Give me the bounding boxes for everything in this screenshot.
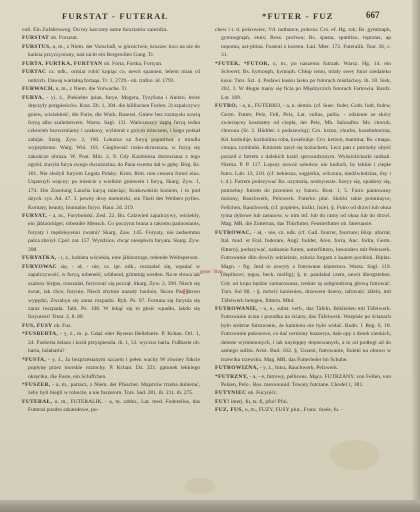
headword: FUS, FUSY [22,323,52,329]
dictionary-entry: FUTYNIEC ob. Fucynićc. [215,389,391,397]
dictionary-entry: FURYA, - yi, ż., Piekielne ipian, furye,… [22,94,200,212]
running-header-left: FURSTAT - FUTERAŁ [62,11,168,21]
headword: FUTYNIEC [215,390,246,396]
dictionary-entry: *FUSBERTA, - y, ż., m. p. Gdaż oder Ryse… [22,330,200,355]
definition: - i, ż., kobieta wściekła, eine jählzorn… [58,255,199,261]
margin-note: gęste / Bop. [200,270,224,275]
definition: - y, ż., futra, Rauchwerk, Pelzwerk. [260,365,338,371]
headword: FURTAC [22,69,46,75]
right-column: chew i t. d. pokrowiec; Vd. nuthance, po… [215,26,391,415]
headword: *FUTER, *FUTOR, [215,61,269,67]
dictionary-entry: chew i t. d. pokrowiec; Vd. nuthance, po… [215,26,391,60]
headword: FUZ, FUS, [215,407,243,413]
running-header-right: *FUTER - FUZ [262,11,334,21]
dictionary-entry: FUTROWANIE, - u, n., subst. verb., das T… [215,305,391,364]
headword: FUTERAŁ, [22,399,52,405]
dictionary-entry: *FUTRZNY, - a, - e, futrowy, pelliceus. … [215,373,391,390]
definition: u, m., z Niem. der Vorschuß, w górnictwi… [28,44,200,58]
dictionary-entry: FUY! interj. fu, ts. fi, pfui! Pfui. [215,398,391,406]
dictionary-entry: FURTA, FURTKA, FURTYAN ob. Fórta, Fortka… [22,60,200,68]
headword: FUTROWANIE, [215,306,258,312]
headword: *FUSZER, [22,382,50,388]
definition: ob. Fuz. [54,323,72,329]
definition: - a, m., Furyboński. Zesl. 22, Bu. Calzw… [28,213,200,253]
page-bottom-edge [0,500,420,512]
dictionary-entry: FURSTUS, u, m., z Niem. der Vorschuß, w … [22,43,200,60]
dictionary-entry: *FUTER, *FUTOR, u, m., po naszemu futrza… [215,60,391,102]
definition: cz. ndk., ormiar robić kopiąc co, newit … [28,69,200,83]
definition: u, m., z Niem. die Vorwache. Tr. [56,86,128,92]
definition: - a, m., partacz, z Niem. der Pfuscher. … [28,382,200,396]
definition: ob. Forsztat. [51,35,79,41]
dictionary-entry: coll. Ein Zufahrtsweg. Do tey karczmy sa… [22,26,200,34]
headword: FURSTUS, [22,44,51,50]
definition: u, m., FUTERALIK, - a, m. zdrbn., Lat. m… [28,399,200,413]
dictionary-page: FURSTAT - FUTERAŁ *FUTER - FUZ 667 coll.… [0,0,418,500]
definition: - u, n., subst. verb., das Täfeln, Bekle… [221,306,391,363]
definition: interj. fu, ts. fi, pfui! Pfui. [231,399,288,405]
definition: się, - ał, - uie, cz. ipr. ndk., rozszal… [28,264,200,321]
dictionary-entry: FURYOWAC się, - ał, - uie, cz. ipr. ndk.… [22,263,200,322]
dictionary-entry: FUTROWIZNA, - y, ż., futra, Rauchwerk, P… [215,364,391,372]
dictionary-entry: *FUSTA, - y, ż., Ja bezprzestanym szczem… [22,356,200,381]
headword: FURYATKA, [22,255,56,261]
dictionary-entry: FUS, FUSY ob. Fuz. [22,322,200,330]
dictionary-entry: FURWACH, u, m., z Niem. die Vorwache. Tr… [22,85,200,93]
definition: - ał, - nie, cz. ndk. (cf. Gall. fourrer… [221,230,391,304]
dictionary-entry: FURYAT, - a, m., Furyboński. Zesl. 22, B… [22,212,200,254]
dictionary-entry: *FUSZER, - a, m., partacz, z Niem. der P… [22,381,200,398]
headword: FURWACH, [22,86,54,92]
dictionary-entry: FUZ, FUS, u, m., FUZY, FUSY plur., Franc… [215,406,391,414]
headword: *FUSBERTA, [22,331,58,337]
headword: FURTA, FURTKA, FURTYAN [22,61,102,67]
definition: ob. Fórta, Fortka, Fortyan. [104,61,163,67]
headword: *FUTRZNY, [215,374,248,380]
headword: FURYOWAC [22,264,57,270]
margin-note: H [183,288,188,296]
left-column: coll. Ein Zufahrtsweg. Do tey karczmy sa… [22,26,200,415]
definition: - a, n., FUTERKO, - a, n. demin. (cf. Su… [221,103,391,227]
page-edge-shadow [412,0,420,512]
definition: u, m., FUZY, FUSY plur., Franc. fusée, f… [245,407,343,413]
page-number: 667 [366,10,380,20]
definition: - y, ż., Ja bezprzestanym szczem i pełen… [28,357,200,380]
headword: FUTRO, [215,103,238,109]
headword: FUY! [215,399,229,405]
dictionary-entry: FURSTAT ob. Forsztat. [22,34,200,42]
dictionary-entry: FUTROWAC, - ał, - nie, cz. ndk. (cf. Gal… [215,229,391,305]
dictionary-entry: FURTAC cz. ndk., ormiar robić kopiąc co,… [22,68,200,85]
definition: - yi, ż., Piekielne ipian, furye, Megera… [28,95,200,211]
headword: FUTROWAC, [215,230,251,236]
paper-stain [330,440,380,470]
dictionary-entry: FURYATKA, - i, ż., kobieta wściekła, ein… [22,254,200,262]
headword: FURSTAT [22,35,49,41]
definition: coll. Ein Zufahrtsweg. Do tey karczmy sa… [22,27,168,33]
paper-stain [185,478,215,494]
dictionary-entry: FUTRO, - a, n., FUTERKO, - a, n. demin. … [215,102,391,229]
headword: FURYA, [22,95,44,101]
dictionary-entry: FUTERAŁ, u, m., FUTERALIK, - a, m. zdrbn… [22,398,200,415]
definition: ob. Fucynićc. [248,390,278,396]
definition: chew i t. d. pokrowiec; Vd. nuthance, po… [215,27,391,58]
headword: *FUSTA, [22,357,46,363]
headword: FURYAT, [22,213,47,219]
headword: FUTROWIZNA, [215,365,259,371]
